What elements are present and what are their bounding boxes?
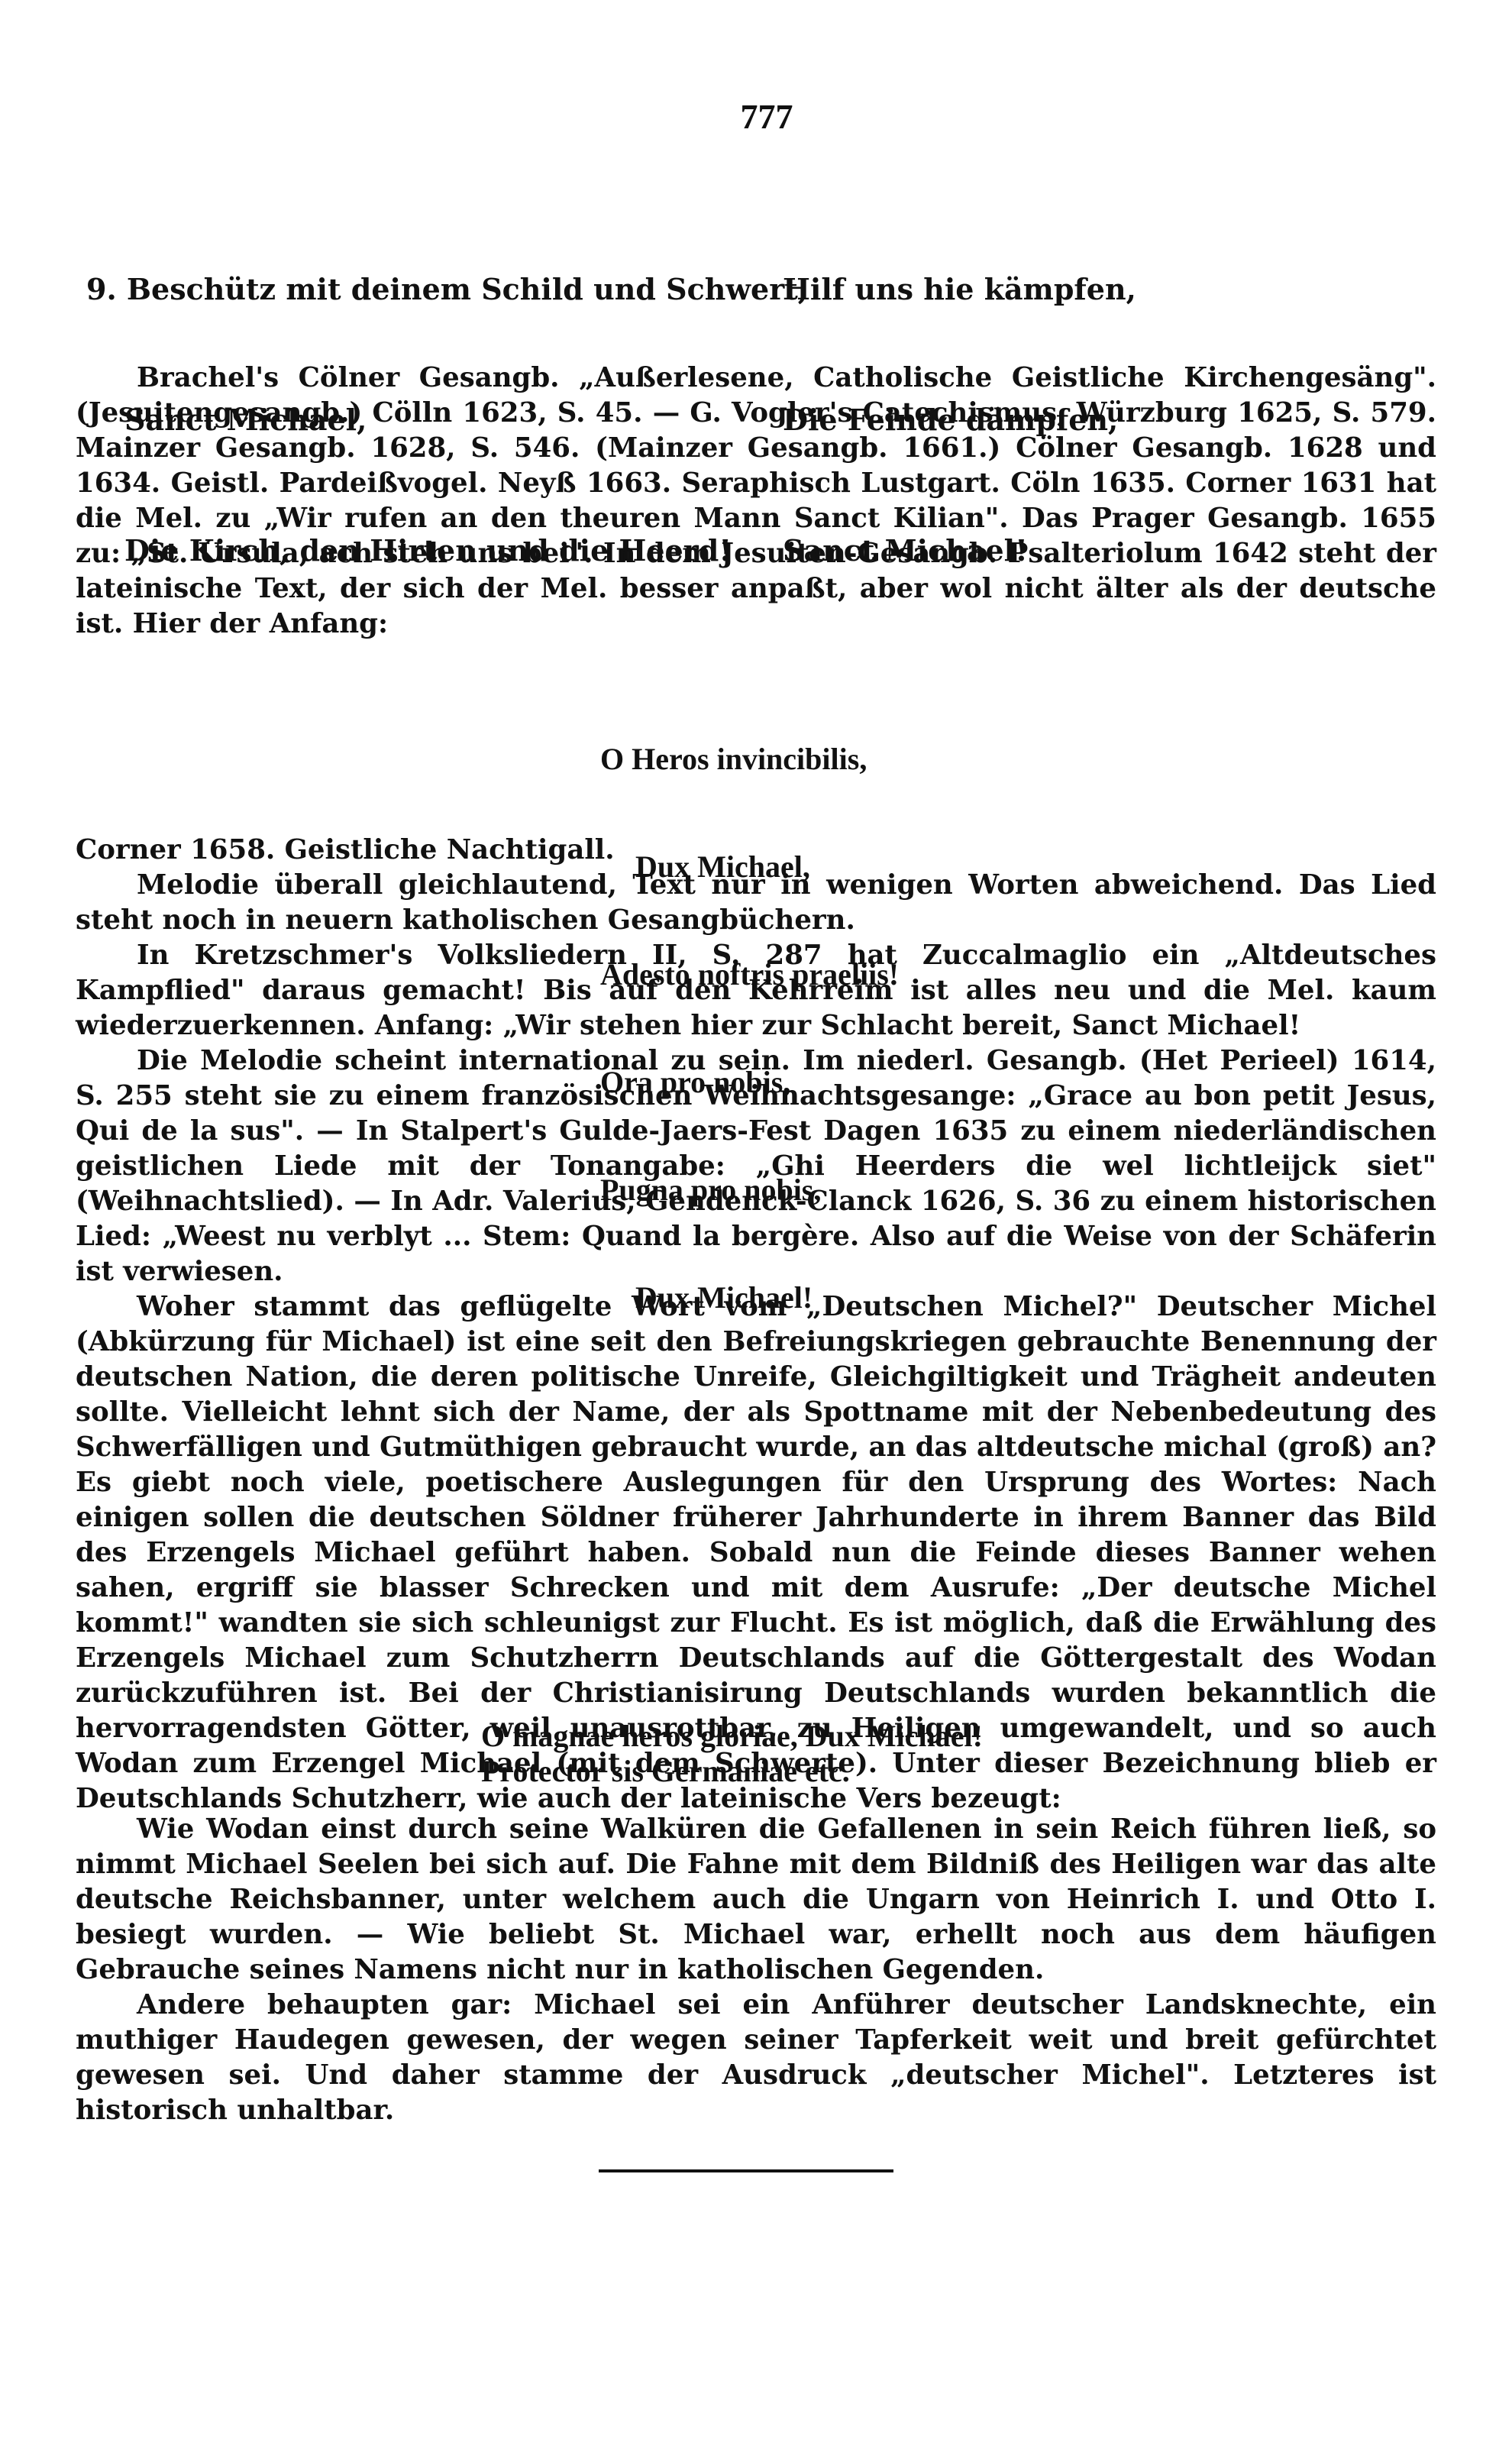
source-line: Corner 1658. Geistliche Nachtigall. [76, 833, 1436, 868]
paragraph: In Kretzschmer's Volksliedern II, S. 287… [76, 938, 1436, 1043]
latin-quote-line: Protector sis Germaniae etc. [481, 1754, 983, 1789]
verse-line: Hilf uns hie kämpfen, [783, 267, 1136, 311]
paragraph-sources: Brachel's Cölner Gesangb. „Außerlesene, … [76, 361, 1436, 642]
paragraph: Brachel's Cölner Gesangb. „Außerlesene, … [76, 361, 1436, 642]
body-text-upper: Corner 1658. Geistliche Nachtigall. Melo… [76, 833, 1436, 1817]
section-divider [599, 2169, 893, 2172]
paragraph: Die Melodie scheint international zu sei… [76, 1043, 1436, 1289]
paragraph: Andere behaupten gar: Michael sei ein An… [76, 1988, 1436, 2128]
latin-quote: O magnae heros gloriae, Dux Michael! Pro… [481, 1719, 983, 1789]
body-text-lower: Wie Wodan einst durch seine Walküren die… [76, 1812, 1436, 2128]
paragraph: Melodie überall gleichlautend, Text nur … [76, 868, 1436, 938]
latin-line: O Heros invincibilis, [600, 741, 899, 777]
verse-line: 9. Beschütz mit deinem Schild und Schwer… [86, 267, 808, 311]
page-number: 777 [0, 96, 1512, 137]
latin-quote-line: O magnae heros gloriae, Dux Michael! [481, 1719, 983, 1754]
paragraph: Wie Wodan einst durch seine Walküren die… [76, 1812, 1436, 1988]
